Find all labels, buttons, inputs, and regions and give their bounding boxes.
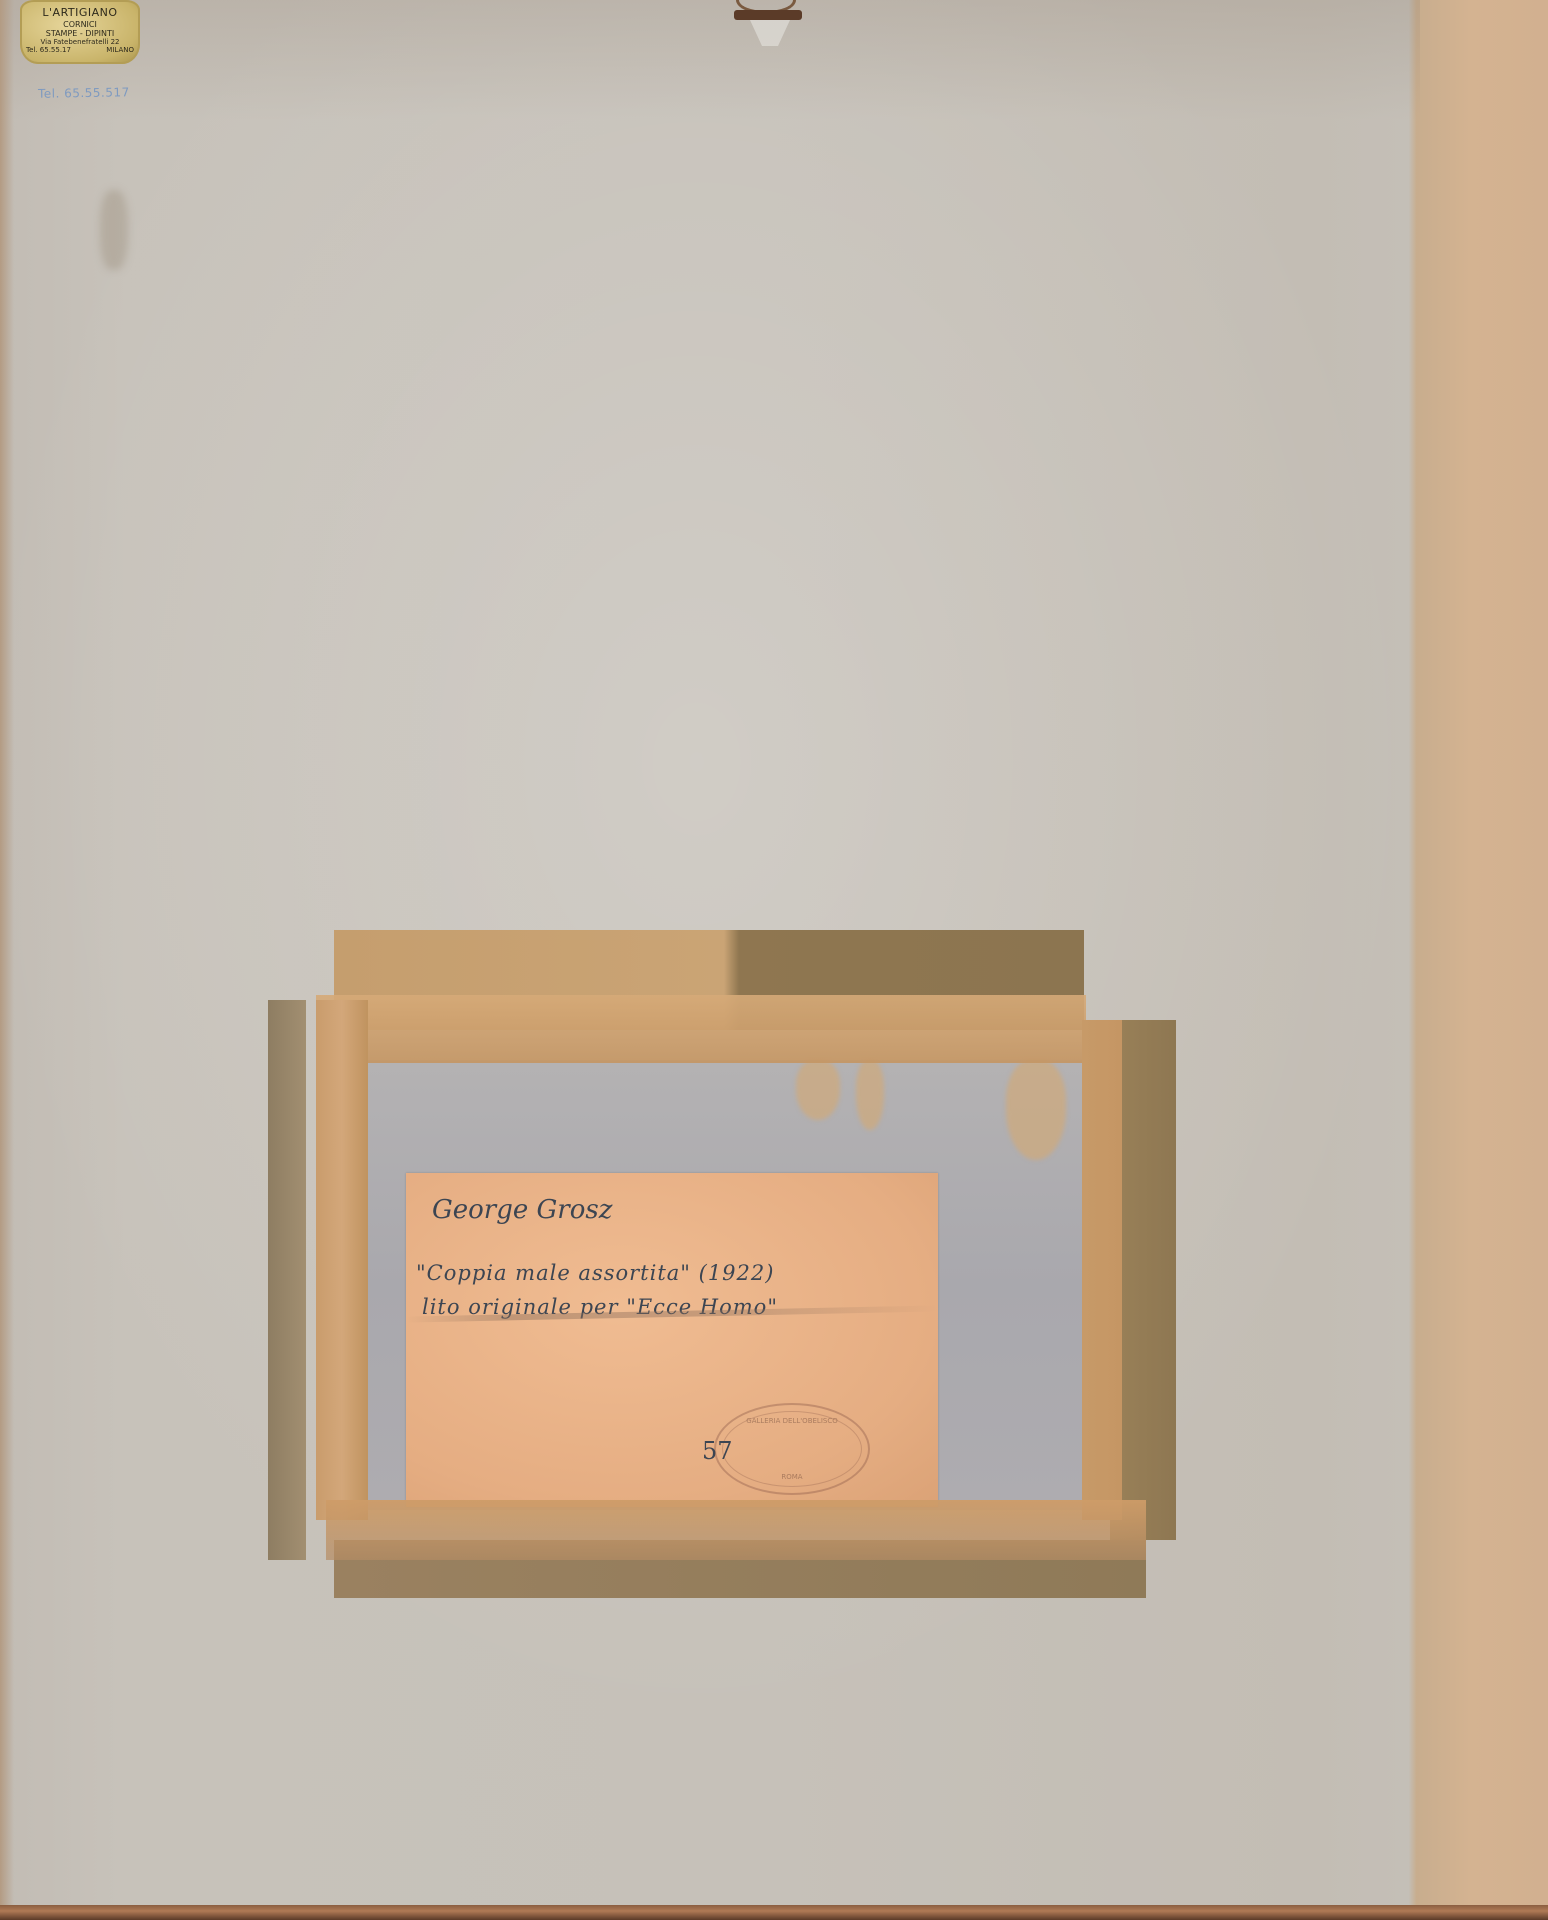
tape-strip-top-front [316,995,1086,1063]
framer-line2: STAMPE - DIPINTI [20,29,140,38]
stamped-phone-number: Tel. 65.55.517 [38,85,130,101]
tape-strip-left-dark [268,1000,306,1560]
top-shadow [0,0,1420,120]
tape-strip-left [316,1000,368,1520]
tape-stain [856,1060,884,1130]
framer-address: Via Fatebenefratelli 22 [20,38,140,46]
tape-stain [796,1060,840,1120]
tape-stain [1006,1060,1066,1160]
stamp-top-text: GALLERIA DELL'OBELISCO [716,1417,868,1425]
bottom-frame-edge [0,1905,1548,1920]
gallery-stamp: GALLERIA DELL'OBELISCO ROMA [714,1403,870,1495]
inventory-number: 57 [702,1437,733,1465]
framer-name: L'ARTIGIANO [20,6,140,19]
framer-line1: CORNICI [20,20,140,29]
artist-name: George Grosz [432,1195,612,1225]
tape-strip-bottom-front [326,1500,1146,1560]
tape-strip-right [1082,1020,1122,1520]
hanging-hook-icon [736,0,796,26]
left-frame-edge [0,0,14,1905]
hook-bar [734,10,802,20]
framer-sticker: L'ARTIGIANO CORNICI STAMPE - DIPINTI Via… [20,0,140,64]
stamp-bottom-text: ROMA [716,1473,868,1481]
framer-city: MILANO [106,46,134,54]
provenance-card: George Grosz "Coppia male assortita" (19… [406,1173,938,1507]
framer-contact: Tel. 65.55.17 MILANO [20,46,140,54]
framer-phone: Tel. 65.55.17 [26,46,71,54]
stain-mark [100,190,128,270]
artwork-title: "Coppia male assortita" (1922) [416,1261,774,1285]
